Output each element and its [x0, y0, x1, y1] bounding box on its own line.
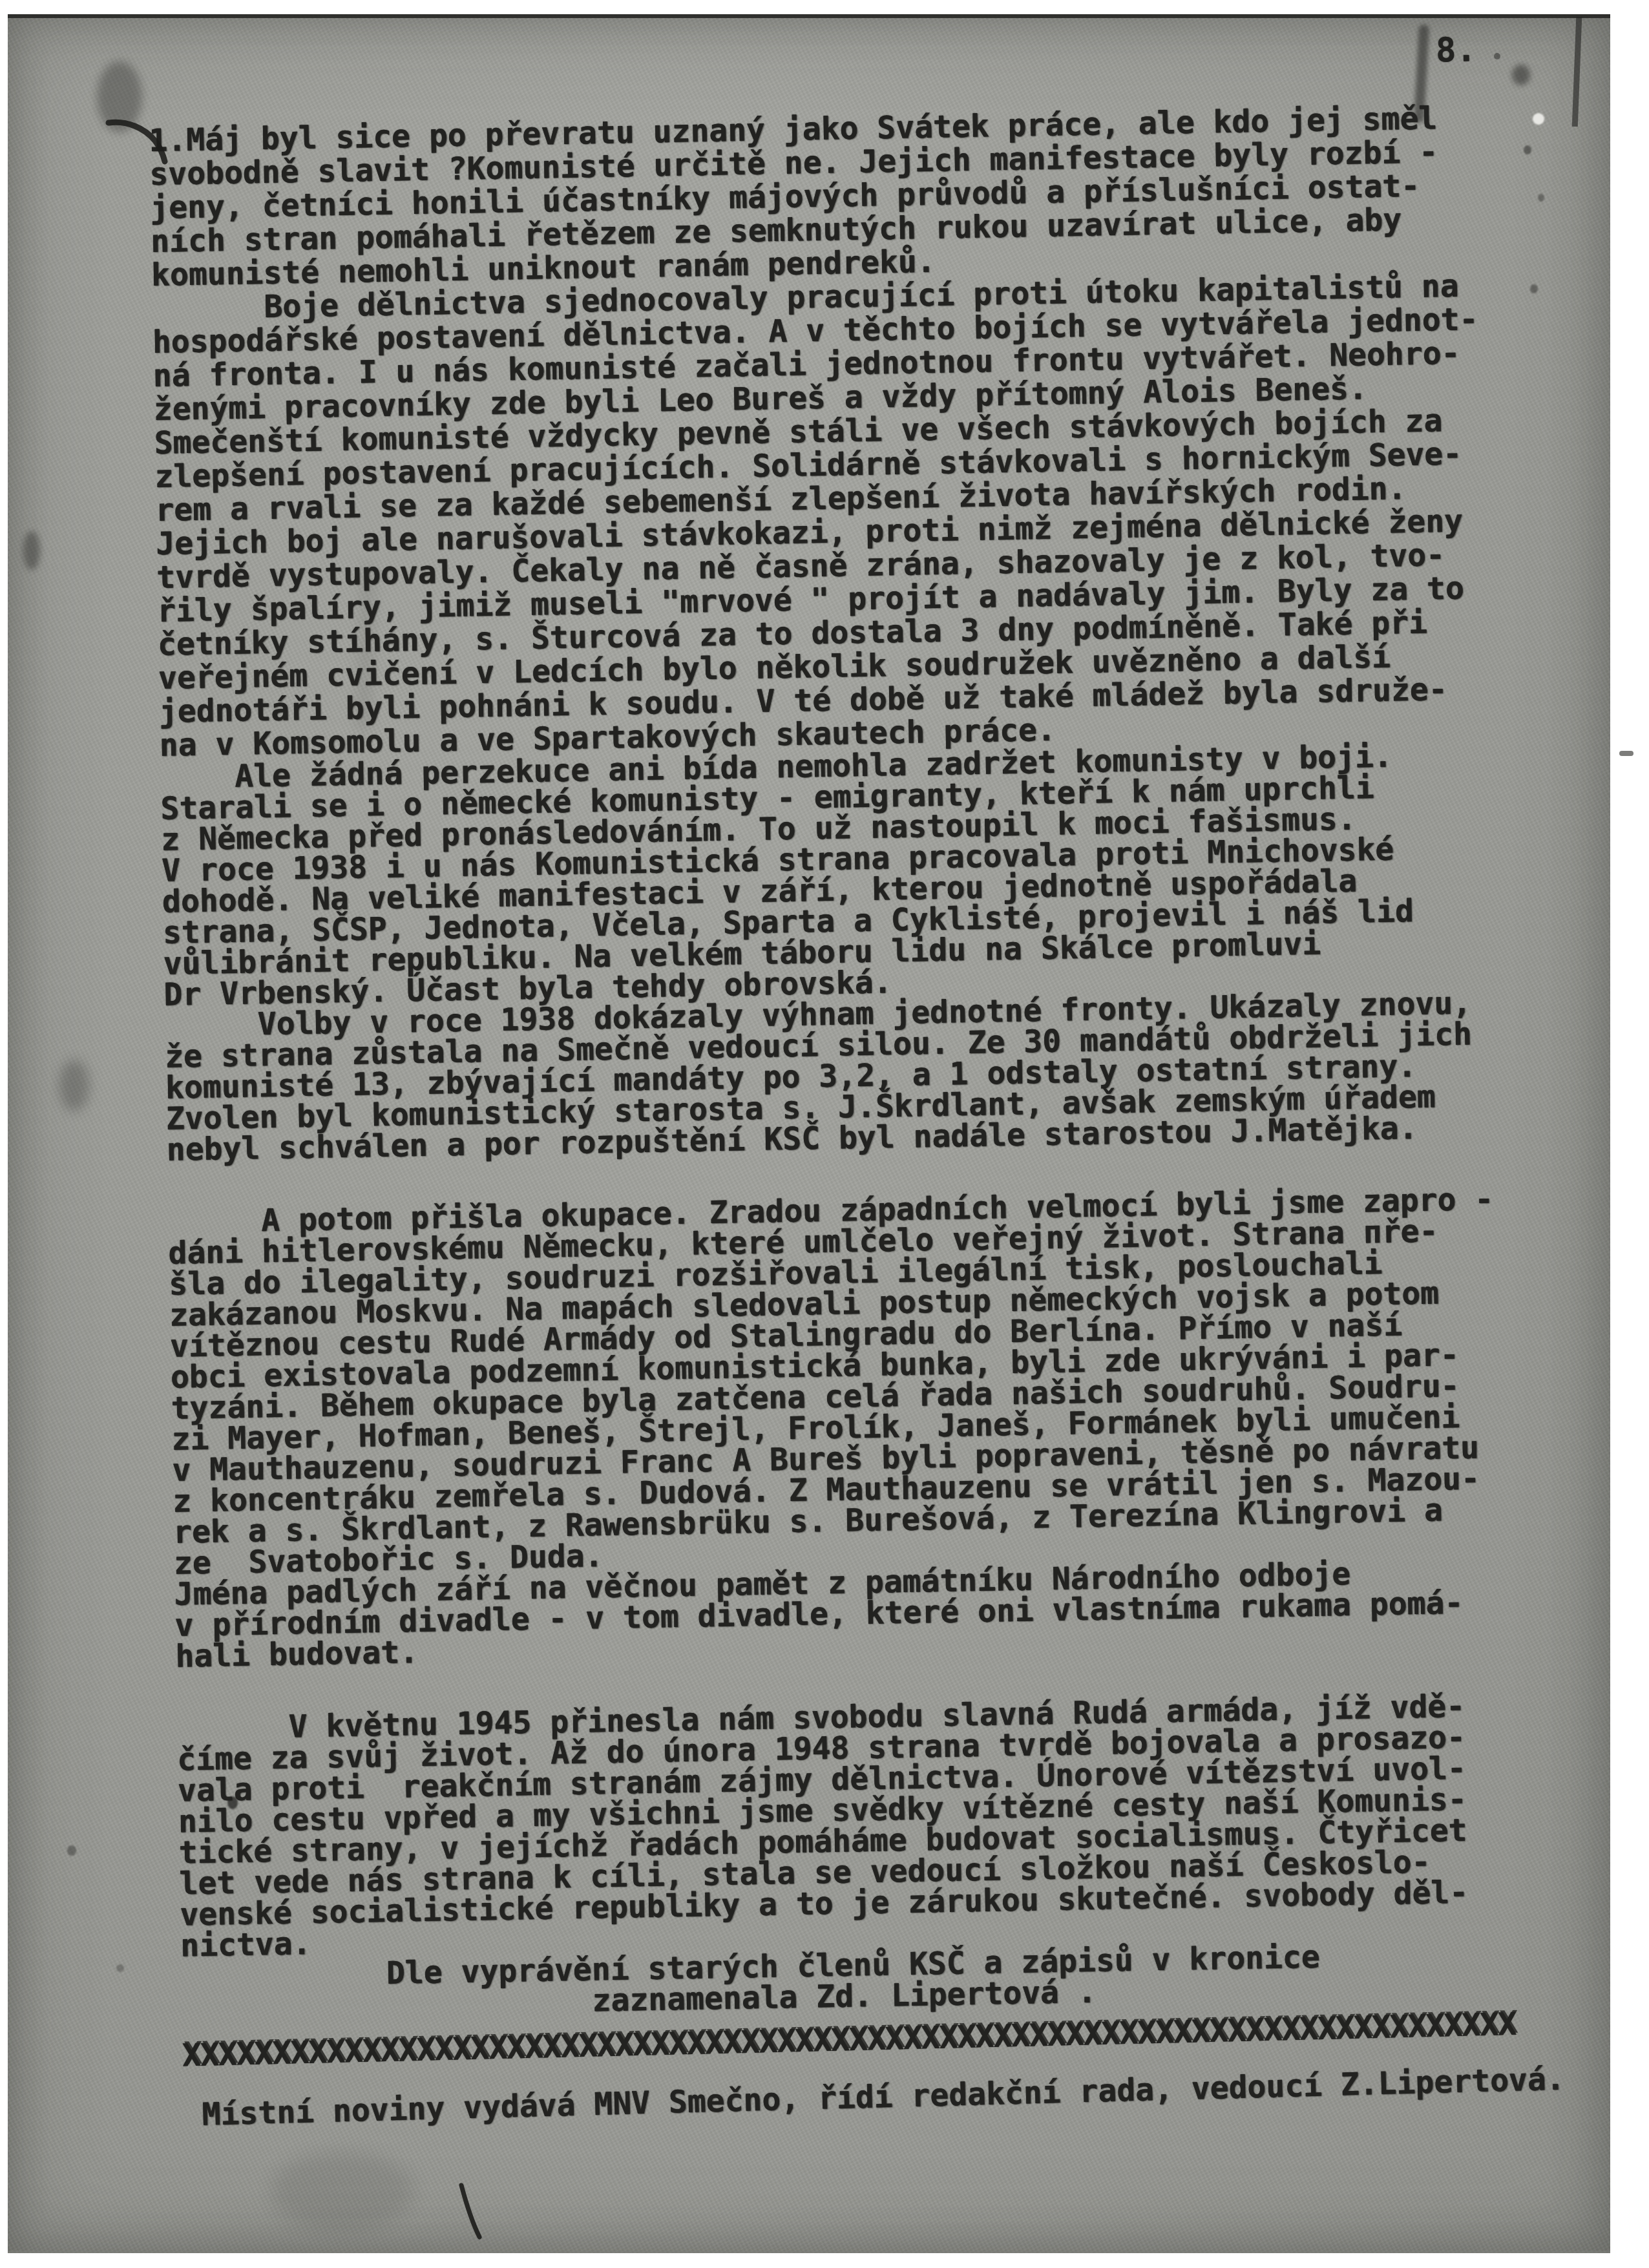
paragraph: Boje dělnictva sjednocovaly pracující pr… — [152, 266, 1649, 762]
paper-bottom-edge — [8, 2251, 1610, 2253]
paragraph: Volby v roce 1938 dokázaly výhnam jednot… — [164, 984, 1649, 1165]
paragraph: V květnu 1945 přinesla nám svobodu slavn… — [176, 1687, 1649, 1961]
page-number: 8. — [1435, 30, 1476, 70]
paragraph: Ale žádná perzekuce ani bída nemohla zad… — [160, 737, 1649, 1011]
paragraph: 1.Máj byl sice po převratu uznaný jako S… — [149, 98, 1644, 292]
paragraph: A potom přišla okupace. Zradou západních… — [167, 1181, 1649, 1672]
document-text: 1.Máj byl sice po převratu uznaný jako S… — [149, 98, 1649, 2131]
paper-top-edge — [8, 14, 1610, 18]
